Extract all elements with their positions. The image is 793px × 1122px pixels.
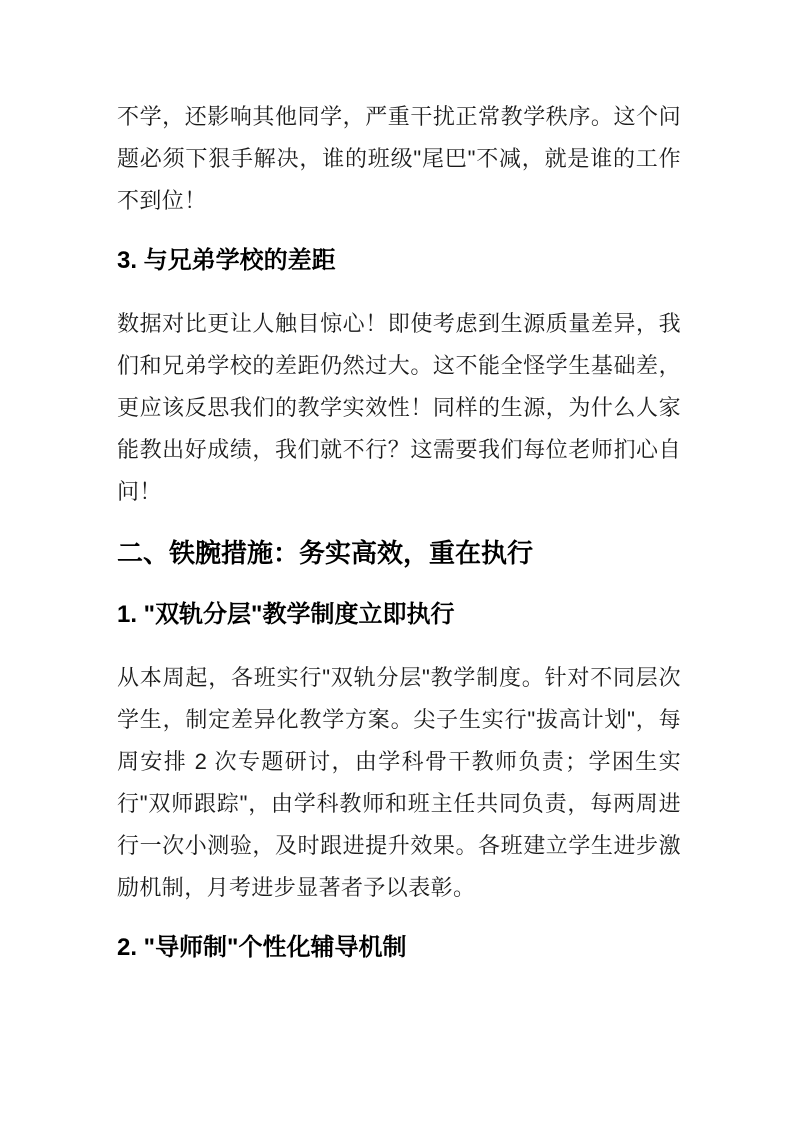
paragraph-data-comparison: 数据对比更让人触目惊心！即使考虑到生源质量差异，我们和兄弟学校的差距仍然过大。这… [117,303,681,513]
paragraph-dual-track-details: 从本周起，各班实行"双轨分层"教学制度。针对不同层次学生，制定差异化教学方案。尖… [117,657,681,909]
heading-3-gap-with-sister-schools: 3. 与兄弟学校的差距 [117,243,681,279]
heading-1-dual-track-system: 1. "双轨分层"教学制度立即执行 [117,597,681,633]
document-page: 不学，还影响其他同学，严重干扰正常教学秩序。这个问题必须下狠手解决，谁的班级"尾… [0,0,793,1122]
paragraph-discipline-tail-warning: 不学，还影响其他同学，严重干扰正常教学秩序。这个问题必须下狠手解决，谁的班级"尾… [117,96,681,222]
heading-section-2-iron-fist-measures: 二、铁腕措施：务实高效，重在执行 [117,534,681,573]
heading-2-mentor-system: 2. "导师制"个性化辅导机制 [117,930,681,966]
